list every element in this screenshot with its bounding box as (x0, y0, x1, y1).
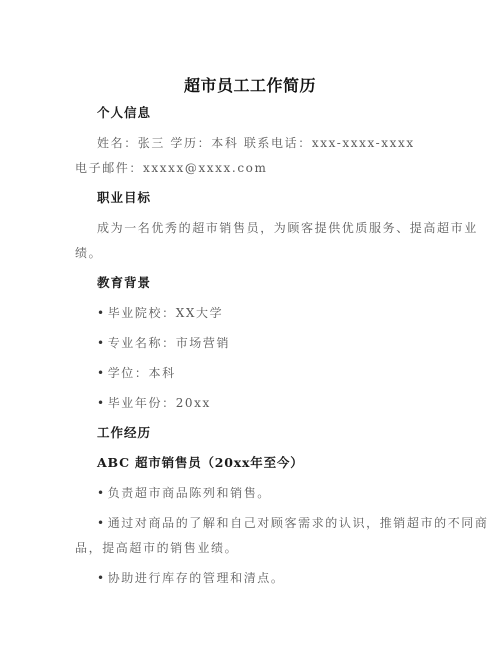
experience-item-text: 负责超市商品陈列和销售。 (108, 486, 271, 500)
personal-info-line-name-education-phone: 姓名：张三 学历：本科 联系电话：xxx-xxxx-xxxx (97, 135, 415, 151)
objective-text-line-2: 绩。 (75, 245, 102, 261)
education-item-major: •专业名称：市场营销 (97, 335, 230, 351)
bullet-icon: • (97, 486, 106, 500)
bullet-icon: • (97, 306, 106, 320)
personal-info-line-email: 电子邮件：xxxxx@xxxx.com (75, 160, 267, 176)
education-item-text: 毕业年份：20xx (108, 396, 211, 410)
education-item-text: 毕业院校：XX大学 (108, 306, 224, 320)
job-title: ABC 超市销售员（20xx年至今） (97, 455, 304, 471)
document-title: 超市员工工作简历 (0, 78, 500, 94)
bullet-icon: • (97, 516, 106, 530)
experience-item-text: 协助进行库存的管理和清点。 (108, 571, 285, 585)
education-item-degree: •学位：本科 (97, 365, 176, 381)
experience-item-promotion-line-1: •通过对商品的了解和自己对顾客需求的认识，推销超市的不同商 (97, 515, 489, 531)
section-heading-career-objective: 职业目标 (97, 190, 151, 206)
bullet-icon: • (97, 396, 106, 410)
bullet-icon: • (97, 336, 106, 350)
education-item-text: 学位：本科 (108, 366, 176, 380)
section-heading-education: 教育背景 (97, 275, 151, 291)
experience-item-promotion-line-2: 品，提高超市的销售业绩。 (75, 540, 238, 556)
bullet-icon: • (97, 571, 106, 585)
education-item-school: •毕业院校：XX大学 (97, 305, 223, 321)
experience-item-inventory: •协助进行库存的管理和清点。 (97, 570, 285, 586)
objective-text-line-1: 成为一名优秀的超市销售员，为顾客提供优质服务、提高超市业 (97, 220, 478, 236)
section-heading-work-experience: 工作经历 (97, 425, 151, 441)
bullet-icon: • (97, 366, 106, 380)
experience-item-display-sales: •负责超市商品陈列和销售。 (97, 485, 271, 501)
experience-item-text: 通过对商品的了解和自己对顾客需求的认识，推销超市的不同商 (108, 516, 489, 530)
education-item-graduation-year: •毕业年份：20xx (97, 395, 211, 411)
section-heading-personal-info: 个人信息 (97, 105, 151, 121)
education-item-text: 专业名称：市场营销 (108, 336, 230, 350)
